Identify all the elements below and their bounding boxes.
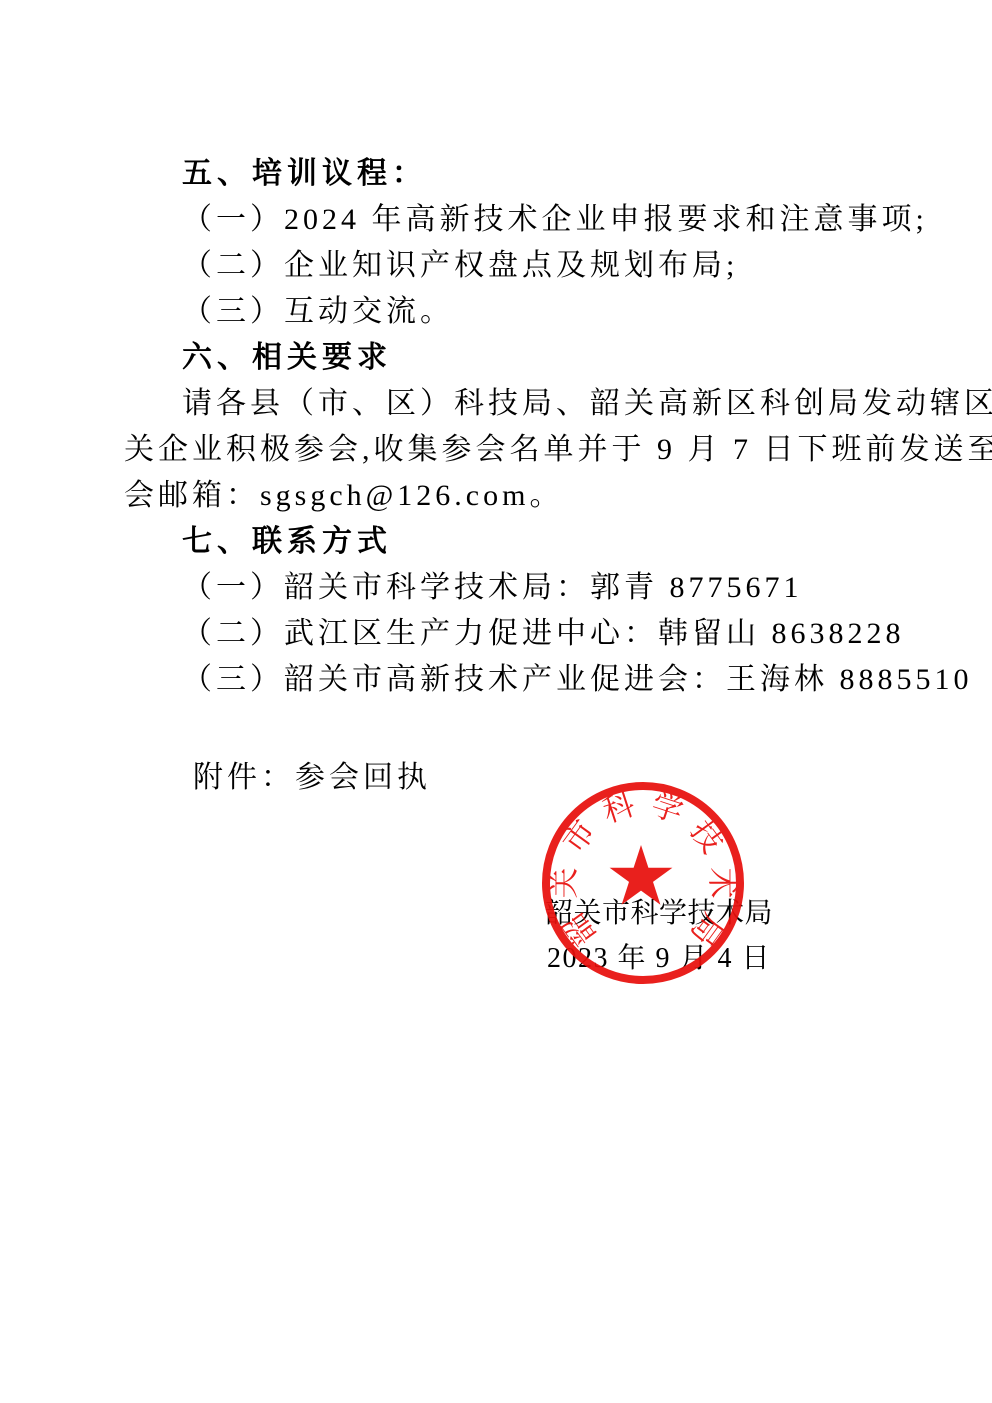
- requirements-line-1: 请各县（市、区）科技局、韶关高新区科创局发动辖区内相: [124, 381, 940, 427]
- star-icon: [610, 845, 673, 905]
- section-heading-requirements: 六、相关要求: [124, 335, 940, 381]
- seal-arc-char: 关: [547, 868, 582, 899]
- agenda-item-3: （三）互动交流。: [124, 289, 940, 335]
- attachment-note: 附件：参会回执: [124, 755, 431, 801]
- contact-item-2: （二）武江区生产力促进中心：韩留山 8638228: [124, 611, 940, 657]
- seal-arc-char: 技: [684, 814, 731, 860]
- section-heading-contacts: 七、联系方式: [124, 519, 940, 565]
- document-body: 五、培训议程： （一）2024 年高新技术企业申报要求和注意事项; （二）企业知…: [124, 151, 940, 703]
- requirements-line-3-email: 会邮箱：sgsgch@126.com。: [124, 473, 940, 519]
- seal-arc-char: 学: [647, 786, 687, 829]
- section-heading-training-agenda: 五、培训议程：: [124, 151, 940, 197]
- agenda-item-2: （二）企业知识产权盘点及规划布局;: [124, 243, 940, 289]
- seal-arc-char: 市: [556, 814, 603, 860]
- seal-arc-char: 术: [705, 868, 740, 899]
- contact-item-3: （三）韶关市高新技术产业促进会：王海林 8885510: [124, 657, 940, 703]
- requirements-line-2: 关企业积极参会,收集参会名单并于 9 月 7 日下班前发送至高促: [124, 427, 940, 473]
- signature-date: 2023 年 9 月 4 日: [547, 944, 771, 974]
- signature-agency: 韶关市科学技术局: [545, 899, 773, 929]
- agenda-item-1: （一）2024 年高新技术企业申报要求和注意事项;: [124, 197, 940, 243]
- contact-item-1: （一）韶关市科学技术局：郭青 8775671: [124, 565, 940, 611]
- seal-arc-char: 科: [598, 786, 638, 829]
- document-page: 五、培训议程： （一）2024 年高新技术企业申报要求和注意事项; （二）企业知…: [0, 0, 992, 1403]
